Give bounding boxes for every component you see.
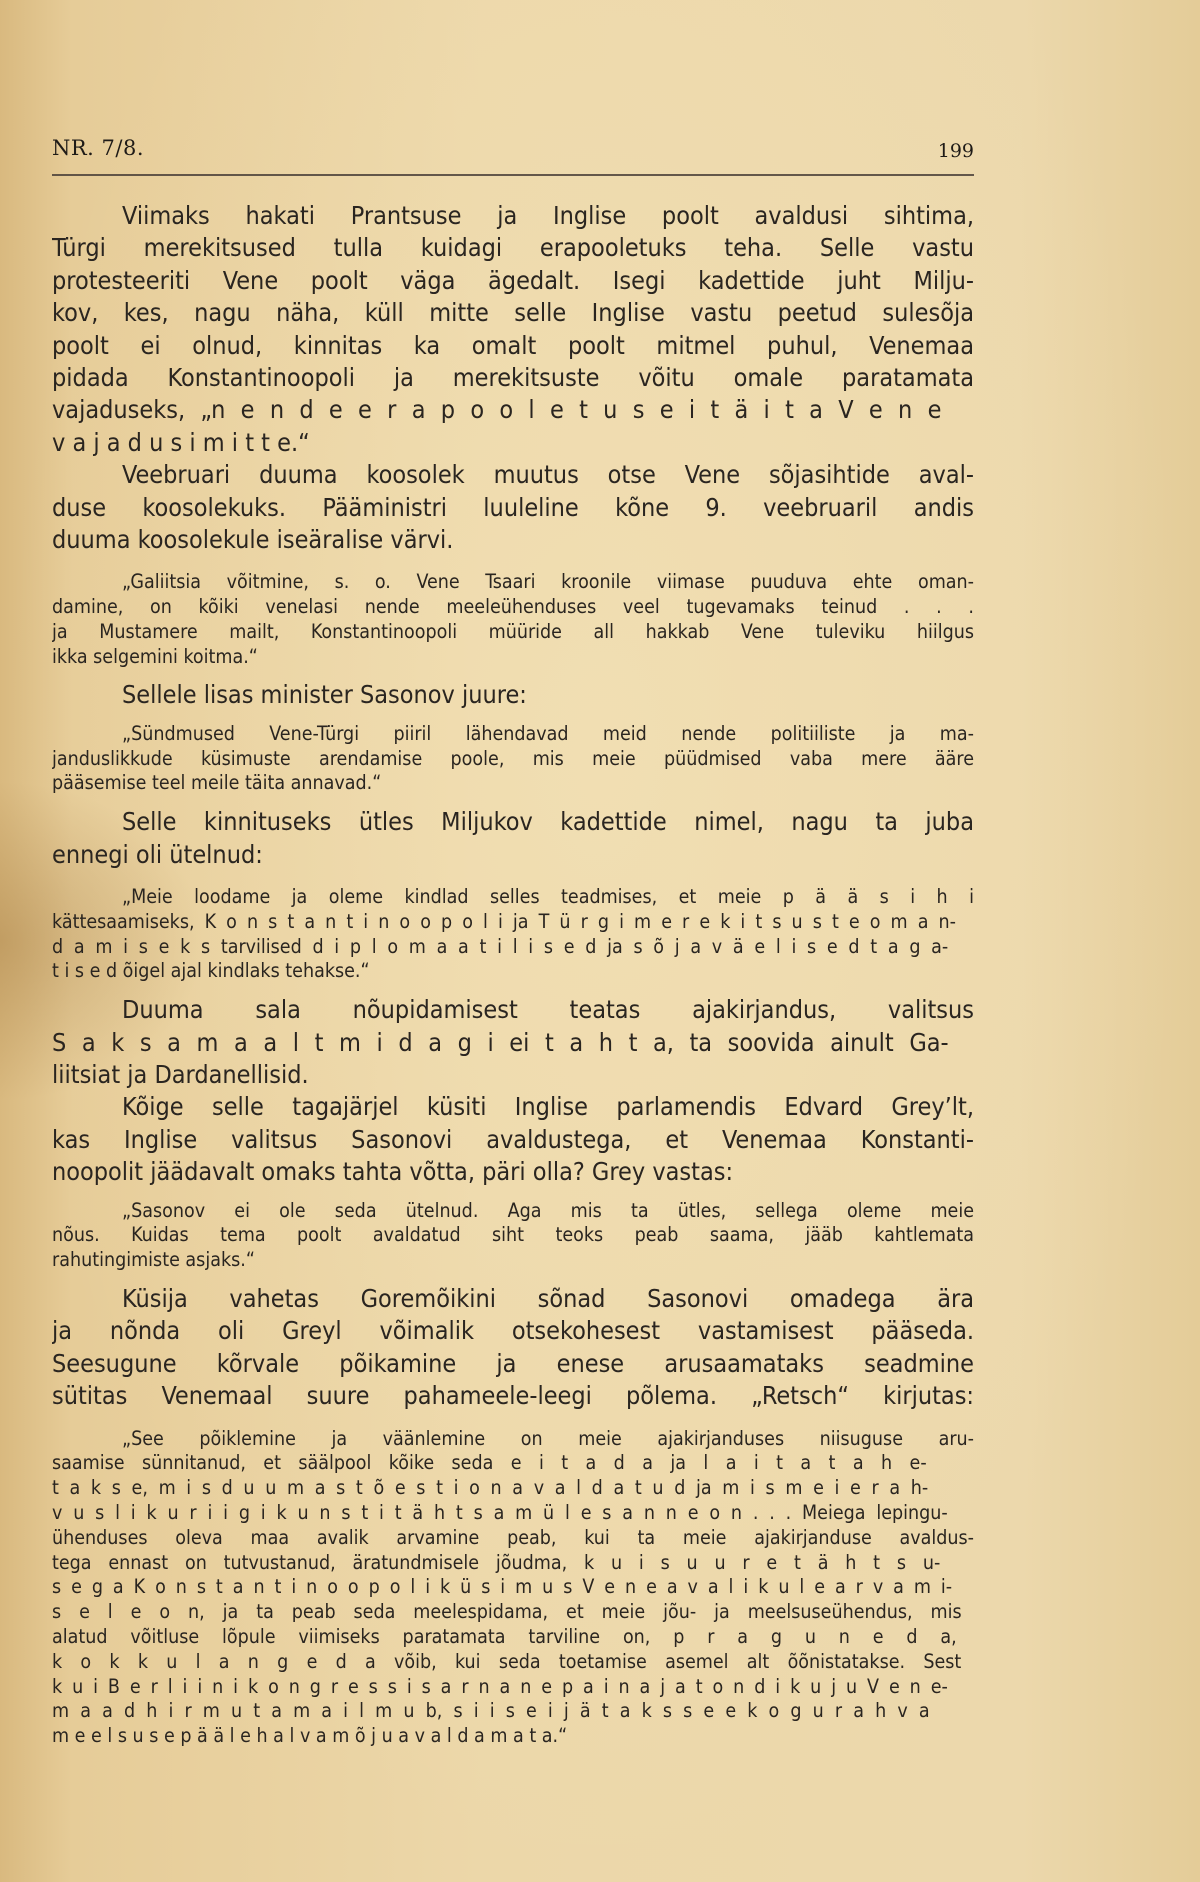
text-line: „Meie loodame ja oleme kindlad selles te…: [52, 885, 974, 910]
text-line: vajaduseks, „n e n d e e r a p o o l e t…: [52, 394, 974, 426]
scanned-page: NR. 7/8. 199 Viimaks hakati Prantsuse ja…: [0, 0, 1200, 1882]
quote-4: „Sasonov ei ole seda ütelnud. Aga mis ta…: [52, 1199, 974, 1273]
text-line: k u i B e r l i i n i k o n g r e s s i …: [52, 1675, 974, 1700]
text-line: ja Mustamere mailt, Konstantinoopoli müü…: [52, 620, 974, 645]
article-body: Viimaks hakati Prantsuse ja Inglise pool…: [52, 200, 974, 1749]
text-line: ikka selgemini koitma.“: [52, 645, 974, 670]
text-line: tega ennast on tutvustanud, äratundmisel…: [52, 1551, 974, 1576]
text-line: v u s l i k u r i i g i k u n s t i t ä …: [52, 1501, 974, 1526]
text-line: s e g a K o n s t a n t i n o o p o l i …: [52, 1575, 974, 1600]
text-line: kov, kes, nagu näha, küll mitte selle In…: [52, 297, 974, 329]
paragraph-5: Duuma sala nõupidamisest teatas ajakirja…: [52, 994, 974, 1091]
header-rule: [52, 174, 974, 176]
text-line: ennegi oli ütelnud:: [52, 839, 974, 871]
text-line: noopolit jäädavalt omaks tahta võtta, pä…: [52, 1156, 974, 1188]
text-line: „Galiitsia võitmine, s. o. Vene Tsaari k…: [52, 570, 974, 595]
paragraph-2: Veebruari duuma koosolek muutus otse Ven…: [52, 459, 974, 556]
text-line: poolt ei olnud, kinnitas ka omalt poolt …: [52, 330, 974, 362]
running-header: NR. 7/8. 199: [52, 136, 974, 166]
text-line: nõus. Kuidas tema poolt avaldatud siht t…: [52, 1223, 974, 1248]
text-line: kas Inglise valitsus Sasonovi avaldusteg…: [52, 1124, 974, 1156]
text-line: m a a d h i r m u t a m a i l m u b, s i…: [52, 1699, 974, 1724]
text-line: Viimaks hakati Prantsuse ja Inglise pool…: [52, 200, 974, 232]
text-line: Türgi merekitsused tulla kuidagi erapool…: [52, 232, 974, 264]
text-line: „See põiklemine ja väänlemine on meie aj…: [52, 1427, 974, 1452]
text-line: duse koosolekuks. Pääministri luuleline …: [52, 492, 974, 524]
text-line: d a m i s e k s tarvilised d i p l o m a…: [52, 935, 974, 960]
text-line: damine, on kõiki venelasi nende meeleühe…: [52, 595, 974, 620]
text-line: alatud võitluse lõpule viimiseks paratam…: [52, 1625, 974, 1650]
paragraph-4: Selle kinnituseks ütles Miljukov kadetti…: [52, 806, 974, 871]
quote-3: „Meie loodame ja oleme kindlad selles te…: [52, 885, 974, 984]
paragraph-6: Kõige selle tagajärjel küsiti Inglise pa…: [52, 1091, 974, 1188]
paragraph-7: Küsija vahetas Goremõikini sõnad Sasonov…: [52, 1283, 974, 1413]
text-line: Sellele lisas minister Sasonov juure:: [52, 679, 974, 711]
text-line: ja nõnda oli Greyl võimalik otsekohesest…: [52, 1315, 974, 1347]
text-line: duuma koosolekule iseäralise värvi.: [52, 524, 974, 556]
text-line: Seesugune kõrvale põikamine ja enese aru…: [52, 1348, 974, 1380]
text-line: pääsemise teel meile täita annavad.“: [52, 771, 974, 796]
text-line: Kõige selle tagajärjel küsiti Inglise pa…: [52, 1091, 974, 1123]
text-line: Selle kinnituseks ütles Miljukov kadetti…: [52, 806, 974, 838]
issue-number: NR. 7/8.: [52, 136, 144, 160]
text-line: liitsiat ja Dardanellisid.: [52, 1059, 974, 1091]
text-line: t a k s e, m i s d u u m a s t õ e s t i…: [52, 1476, 974, 1501]
text-line: „Sasonov ei ole seda ütelnud. Aga mis ta…: [52, 1199, 974, 1224]
quote-5: „See põiklemine ja väänlemine on meie aj…: [52, 1427, 974, 1749]
text-line: k o k k u l a n g e d a võib, kui seda t…: [52, 1650, 974, 1675]
text-line: kättesaamiseks, K o n s t a n t i n o o …: [52, 910, 974, 935]
text-line: rahutingimiste asjaks.“: [52, 1248, 974, 1273]
text-line: „Sündmused Vene-Türgi piiril lähendavad …: [52, 722, 974, 747]
text-line: t i s e d õigel ajal kindlaks tehakse.“: [52, 959, 974, 984]
text-line: Veebruari duuma koosolek muutus otse Ven…: [52, 459, 974, 491]
text-line: v a j a d u s i m i t t e.“: [52, 427, 974, 459]
paragraph-1: Viimaks hakati Prantsuse ja Inglise pool…: [52, 200, 974, 459]
text-line: m e e l s u s e p ä ä l e h a l v a m õ …: [52, 1724, 974, 1749]
text-line: protesteeriti Vene poolt väga ägedalt. I…: [52, 265, 974, 297]
text-line: S a k s a m a a l t m i d a g i ei t a h…: [52, 1027, 974, 1059]
quote-2: „Sündmused Vene-Türgi piiril lähendavad …: [52, 722, 974, 796]
text-line: sütitas Venemaal suure pahameele-leegi p…: [52, 1380, 974, 1412]
text-line: pidada Konstantinoopoli ja merekitsuste …: [52, 362, 974, 394]
page-number: 199: [938, 140, 974, 162]
text-line: s e l e o n, ja ta peab seda meelespidam…: [52, 1600, 974, 1625]
text-line: ühenduses oleva maa avalik arvamine peab…: [52, 1526, 974, 1551]
text-line: saamise sünnitanud, et säälpool kõike se…: [52, 1451, 974, 1476]
text-line: janduslikkude küsimuste arendamise poole…: [52, 747, 974, 772]
quote-1: „Galiitsia võitmine, s. o. Vene Tsaari k…: [52, 570, 974, 669]
text-line: Küsija vahetas Goremõikini sõnad Sasonov…: [52, 1283, 974, 1315]
paragraph-3: Sellele lisas minister Sasonov juure:: [52, 679, 974, 711]
text-line: Duuma sala nõupidamisest teatas ajakirja…: [52, 994, 974, 1026]
